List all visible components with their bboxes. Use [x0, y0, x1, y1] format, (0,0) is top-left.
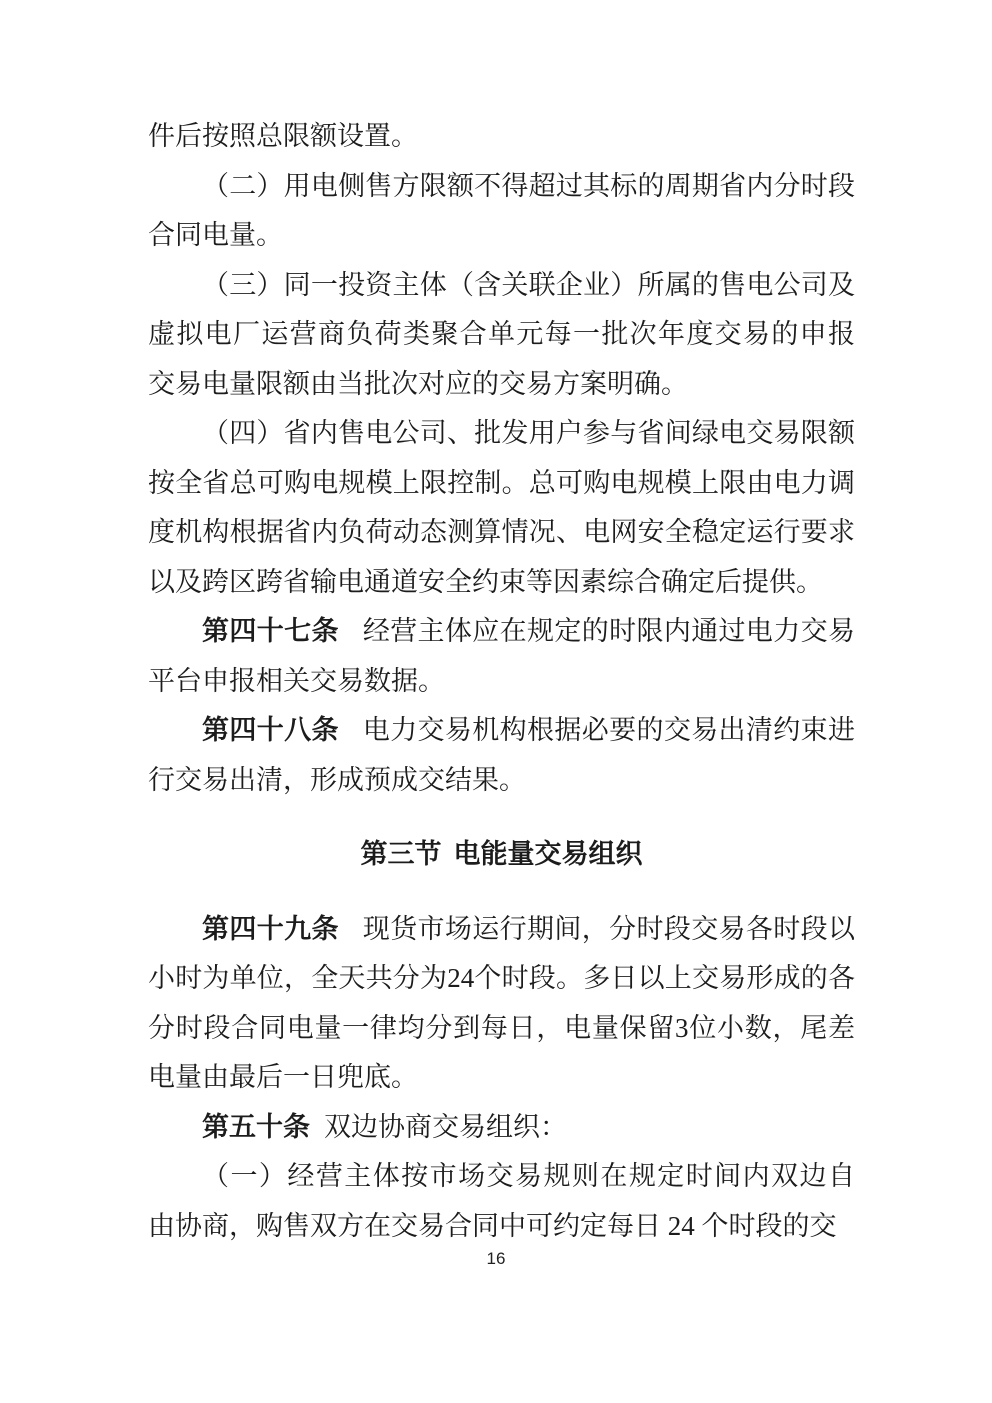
body-line: 按全省总可购电规模上限控制。总可购电规模上限由电力调 [148, 459, 855, 509]
body-line: 行交易出清，形成预成交结果。 [148, 756, 855, 806]
article-text: 经营主体应在规定的时限内通过电力交易 [363, 616, 855, 646]
body-line: 电量由最后一日兜底。 [148, 1053, 855, 1103]
article-number: 第四十九条 [202, 914, 339, 944]
document-body: 件后按照总限额设置。 （二）用电侧售方限额不得超过其标的周期省内分时段 合同电量… [148, 112, 855, 1251]
article-text: 现货市场运行期间，分时段交易各时段以 [363, 914, 855, 944]
body-line: 第四十八条电力交易机构根据必要的交易出清约束进 [148, 706, 855, 756]
body-line: 以及跨区跨省输电通道安全约束等因素综合确定后提供。 [148, 558, 855, 608]
article-text: 双边协商交易组织： [324, 1112, 567, 1142]
article-text: 电力交易机构根据必要的交易出清约束进 [363, 715, 855, 745]
section-heading-number: 第三节 [361, 839, 442, 869]
body-line: （一）经营主体按市场交易规则在规定时间内双边自 [148, 1152, 855, 1202]
article-number: 第四十八条 [202, 715, 339, 745]
body-line: 第四十九条现货市场运行期间，分时段交易各时段以 [148, 905, 855, 955]
body-line: 虚拟电厂运营商负荷类聚合单元每一批次年度交易的申报 [148, 310, 855, 360]
body-line: 交易电量限额由当批次对应的交易方案明确。 [148, 360, 855, 410]
body-line: 第四十七条经营主体应在规定的时限内通过电力交易 [148, 607, 855, 657]
body-line: 合同电量。 [148, 211, 855, 261]
body-line: 第五十条双边协商交易组织： [148, 1103, 855, 1153]
article-number: 第四十七条 [202, 616, 339, 646]
section-heading-title: 电能量交易组织 [454, 839, 643, 869]
body-line: 件后按照总限额设置。 [148, 112, 855, 162]
article-number: 第五十条 [202, 1112, 310, 1142]
body-line: 平台申报相关交易数据。 [148, 657, 855, 707]
body-line: （三）同一投资主体（含关联企业）所属的售电公司及 [148, 261, 855, 311]
section-heading: 第三节电能量交易组织 [148, 830, 855, 880]
body-line: 小时为单位，全天共分为24个时段。多日以上交易形成的各 [148, 954, 855, 1004]
body-line: 分时段合同电量一律均分到每日，电量保留3位小数，尾差 [148, 1004, 855, 1054]
document-page: { "page": { "number": "16" }, "colors": … [0, 0, 992, 1403]
page-number: 16 [0, 1249, 992, 1269]
body-line: （二）用电侧售方限额不得超过其标的周期省内分时段 [148, 162, 855, 212]
body-line: 度机构根据省内负荷动态测算情况、电网安全稳定运行要求 [148, 508, 855, 558]
body-line: 由协商，购售双方在交易合同中可约定每日 24 个时段的交 [148, 1202, 855, 1252]
body-line: （四）省内售电公司、批发用户参与省间绿电交易限额 [148, 409, 855, 459]
